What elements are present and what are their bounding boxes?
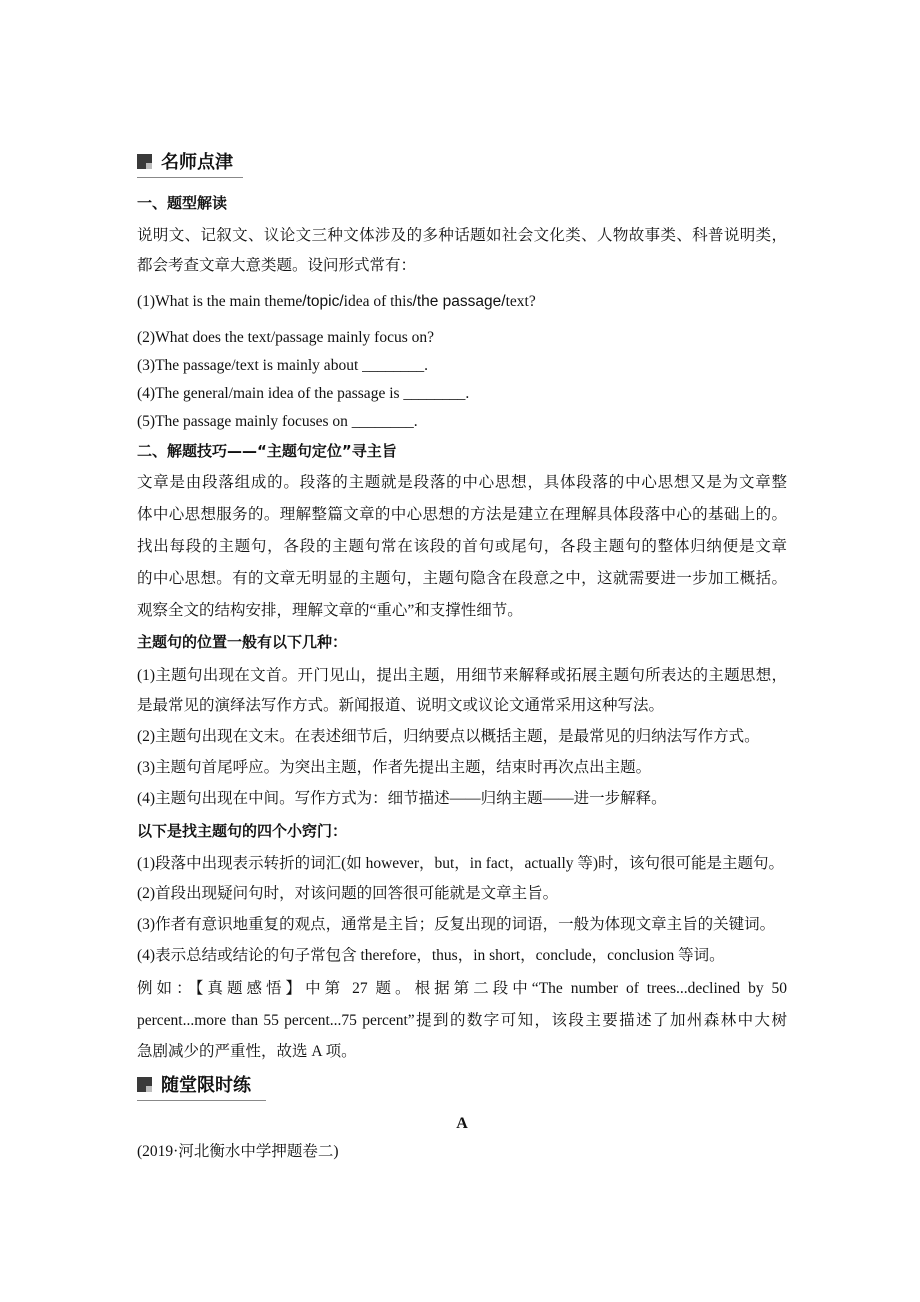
- square-bullet-icon: [137, 154, 152, 169]
- section-heading-teacher-tips: 名师点津: [137, 148, 233, 178]
- question-item: (3)The passage/text is mainly about ____…: [137, 356, 428, 376]
- intro-line: 都会考查文章大意类题。设问形式常有：: [137, 256, 416, 276]
- position-line: (1)主题句出现在文首。开门见山，提出主题，用细节来解释或拓展主题句所表达的主题…: [137, 666, 787, 686]
- section-title: 名师点津: [161, 148, 233, 174]
- position-line: (2)主题句出现在文末。在表述细节后，归纳要点以概括主题，是最常见的归纳法写作方…: [137, 727, 760, 747]
- passage-label: A: [137, 1115, 787, 1133]
- position-line: (3)主题句首尾呼应。为突出主题，作者先提出主题，结束时再次点出主题。: [137, 758, 651, 778]
- intro-line: 说明文、记叙文、议论文三种文体涉及的多种话题如社会文化类、人物故事类、科普说明类…: [137, 226, 787, 246]
- example-line: 急剧减少的严重性，故选 A 项。: [137, 1042, 357, 1062]
- question-item: (1)What is the main theme/topic/idea of …: [137, 292, 536, 312]
- example-line: percent...more than 55 percent...75 perc…: [137, 1011, 787, 1031]
- subheading-solving-tips: 二、解题技巧——“主题句定位”寻主旨: [137, 441, 397, 461]
- section-title: 随堂限时练: [161, 1071, 251, 1097]
- paragraph-line: 体中心思想服务的。理解整篇文章的中心思想的方法是建立在理解具体段落中心的基础上的…: [137, 505, 787, 525]
- question-item: (5)The passage mainly focuses on _______…: [137, 412, 418, 432]
- heading-underline: [137, 1100, 266, 1101]
- heading-underline: [137, 177, 243, 178]
- paragraph-line: 观察全文的结构安排，理解文章的“重心”和支撑性细节。: [137, 601, 523, 621]
- example-line: 例如：【真题感悟】中第 27 题。根据第二段中“The number of tr…: [137, 979, 787, 999]
- paragraph-line: 的中心思想。有的文章无明显的主题句，主题句隐含在段意之中，这就需要进一步加工概括…: [137, 569, 787, 589]
- section-heading-practice: 随堂限时练: [137, 1071, 251, 1101]
- tip-line: (3)作者有意识地重复的观点，通常是主旨；反复出现的词语，一般为体现文章主旨的关…: [137, 915, 775, 935]
- tip-line: (2)首段出现疑问句时，对该问题的回答很可能就是文章主旨。: [137, 884, 558, 904]
- question-item: (4)The general/main idea of the passage …: [137, 384, 469, 404]
- subheading-tips: 以下是找主题句的四个小窍门：: [137, 821, 347, 841]
- position-line: (4)主题句出现在中间。写作方式为：细节描述——归纳主题——进一步解释。: [137, 789, 667, 809]
- question-item: (2)What does the text/passage mainly foc…: [137, 328, 434, 348]
- tip-line: (1)段落中出现表示转折的词汇(如 however，but，in fact，ac…: [137, 854, 784, 874]
- subheading-positions: 主题句的位置一般有以下几种：: [137, 632, 347, 652]
- square-bullet-icon: [137, 1077, 152, 1092]
- subheading-question-type: 一、题型解读: [137, 193, 227, 213]
- passage-source: (2019·河北衡水中学押题卷二): [137, 1142, 339, 1162]
- position-line: 是最常见的演绎法写作方式。新闻报道、说明文或议论文通常采用这种写法。: [137, 696, 664, 716]
- paragraph-line: 找出每段的主题句，各段的主题句常在该段的首句或尾句，各段主题句的整体归纳便是文章: [137, 537, 787, 557]
- tip-line: (4)表示总结或结论的句子常包含 therefore，thus，in short…: [137, 946, 725, 966]
- paragraph-line: 文章是由段落组成的。段落的主题就是段落的中心思想，具体段落的中心思想又是为文章整: [137, 473, 787, 493]
